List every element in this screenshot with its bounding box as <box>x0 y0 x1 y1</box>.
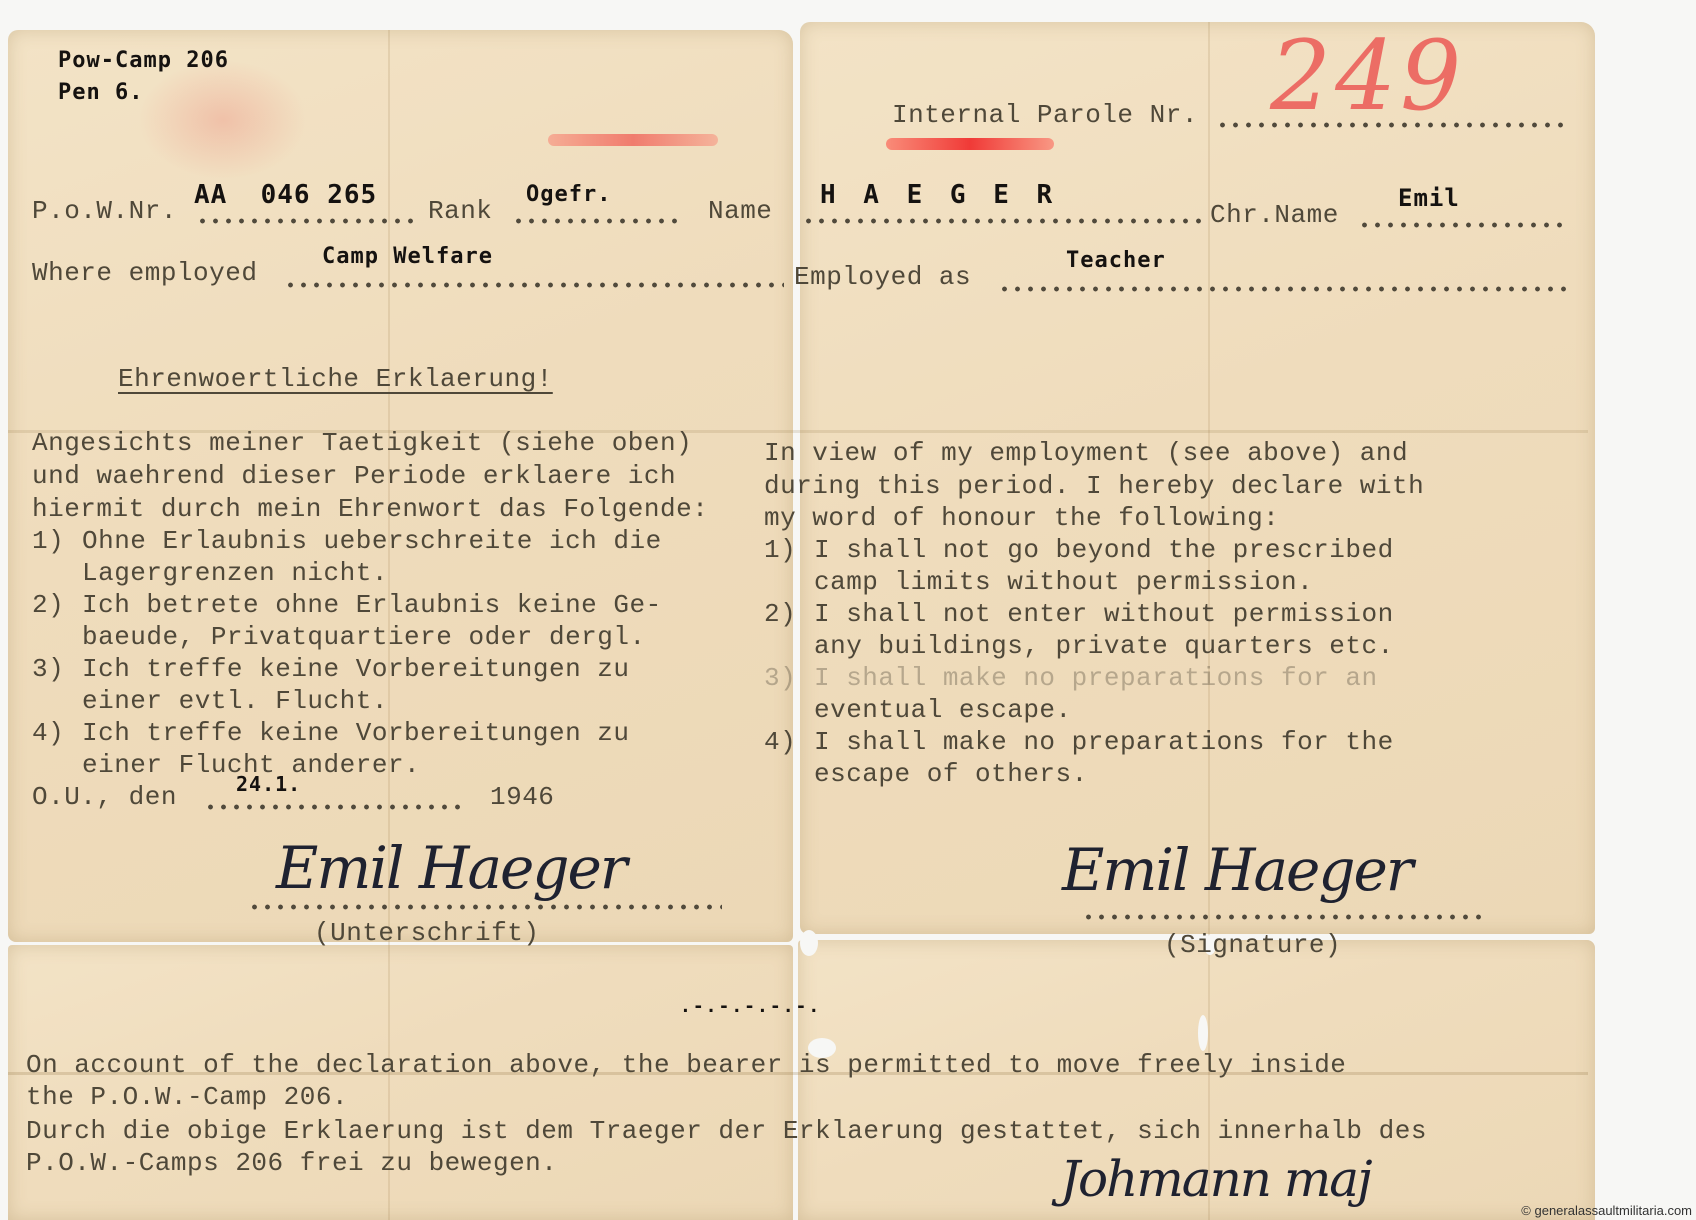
item-line: escape of others. <box>814 759 1088 789</box>
separator: .-.-.-.-.-. <box>680 996 821 1017</box>
name-label: Name <box>708 196 772 226</box>
rank-label: Rank <box>428 196 492 226</box>
dotted-line <box>284 282 784 288</box>
dotted-line <box>802 218 1202 224</box>
item-line: Ich treffe keine Vorbereitungen zu <box>82 654 630 684</box>
employed-as-label: Employed as <box>794 262 971 292</box>
rank-value: Ogefr. <box>526 182 611 207</box>
item-number: 3) <box>32 654 64 684</box>
item-line: einer evtl. Flucht. <box>82 686 388 716</box>
footer-english-line: On account of the declaration above, the… <box>26 1050 1346 1080</box>
red-pencil-mark <box>548 134 718 146</box>
item-number: 2) <box>32 590 64 620</box>
signature-german: Emil Haeger <box>276 834 626 902</box>
signature-english: Emil Haeger <box>1062 836 1412 904</box>
employed-as-value: Teacher <box>1066 248 1166 273</box>
item-number: 4) <box>32 718 64 748</box>
red-stamp-smudge <box>138 60 308 180</box>
dotted-line <box>204 804 466 810</box>
item-number: 4) <box>764 727 796 757</box>
item-line: eventual escape. <box>814 695 1072 725</box>
item-line: I shall make no preparations for the <box>814 727 1394 757</box>
dotted-line <box>196 218 416 224</box>
wear-hole <box>800 930 818 956</box>
watermark: © generalassaultmilitaria.com <box>1521 1203 1692 1218</box>
item-line: Ich treffe keine Vorbereitungen zu <box>82 718 630 748</box>
chr-name-value: Emil <box>1398 184 1460 212</box>
name-value: H A E G E R <box>820 180 1058 210</box>
item-line: Ich betrete ohne Erlaubnis keine Ge- <box>82 590 662 620</box>
pow-nr-label: P.o.W.Nr. <box>32 196 177 226</box>
wear-hole <box>1198 1015 1208 1051</box>
item-line: camp limits without permission. <box>814 567 1313 597</box>
date-value: 24.1. <box>236 772 301 796</box>
where-employed-value: Camp Welfare <box>322 244 493 269</box>
item-number: 2) <box>764 599 796 629</box>
english-intro-line: during this period. I hereby declare wit… <box>764 471 1424 501</box>
english-intro-line: my word of honour the following: <box>764 503 1279 533</box>
footer-english-line: the P.O.W.-Camp 206. <box>26 1082 348 1112</box>
chr-name-label: Chr.Name <box>1210 200 1339 230</box>
signature-dotted-line <box>248 904 722 910</box>
item-number: 1) <box>764 535 796 565</box>
signature-label-german: (Unterschrift) <box>314 918 539 948</box>
signature-dotted-line <box>1082 914 1482 920</box>
item-line: Ohne Erlaubnis ueberschreite ich die <box>82 526 662 556</box>
pow-nr-value: AA 046 265 <box>194 180 377 210</box>
date-prefix: O.U., den <box>32 782 177 812</box>
item-line: I shall not enter without permission <box>814 599 1394 629</box>
footer-german-line: P.O.W.-Camps 206 frei zu bewegen. <box>26 1148 557 1178</box>
dotted-line <box>998 286 1566 292</box>
red-pencil-underline <box>886 138 1054 150</box>
german-intro-line: und waehrend dieser Periode erklaere ich <box>32 461 676 491</box>
english-intro-line: In view of my employment (see above) and <box>764 438 1408 468</box>
german-intro-line: hiermit durch mein Ehrenwort das Folgend… <box>32 494 708 524</box>
date-year: 1946 <box>490 782 554 812</box>
item-number: 1) <box>32 526 64 556</box>
item-line: Lagergrenzen nicht. <box>82 558 388 588</box>
pen-line: Pen 6. <box>58 80 143 105</box>
footer-german-line: Durch die obige Erklaerung ist dem Traeg… <box>26 1116 1427 1146</box>
dotted-line <box>512 218 678 224</box>
item-line: baeude, Privatquartiere oder dergl. <box>82 622 646 652</box>
declaration-title: Ehrenwoertliche Erklaerung! <box>118 364 553 394</box>
item-number: 3) <box>764 663 796 693</box>
item-line: I shall not go beyond the prescribed <box>814 535 1394 565</box>
parole-number-handwritten: 249 <box>1270 20 1465 132</box>
german-intro-line: Angesichts meiner Taetigkeit (siehe oben… <box>32 428 692 458</box>
parole-document: Pow-Camp 206 Pen 6. Internal Parole Nr. … <box>8 0 1588 1220</box>
item-line-obscured: I shall make no preparations for an <box>814 663 1378 693</box>
signature-label-english: (Signature) <box>1164 930 1341 960</box>
item-line: any buildings, private quarters etc. <box>814 631 1394 661</box>
internal-parole-label: Internal Parole Nr. <box>892 100 1198 130</box>
dotted-line <box>1358 222 1566 228</box>
where-employed-label: Where employed <box>32 258 257 288</box>
officer-signature: Johmann maj <box>1060 1150 1371 1208</box>
